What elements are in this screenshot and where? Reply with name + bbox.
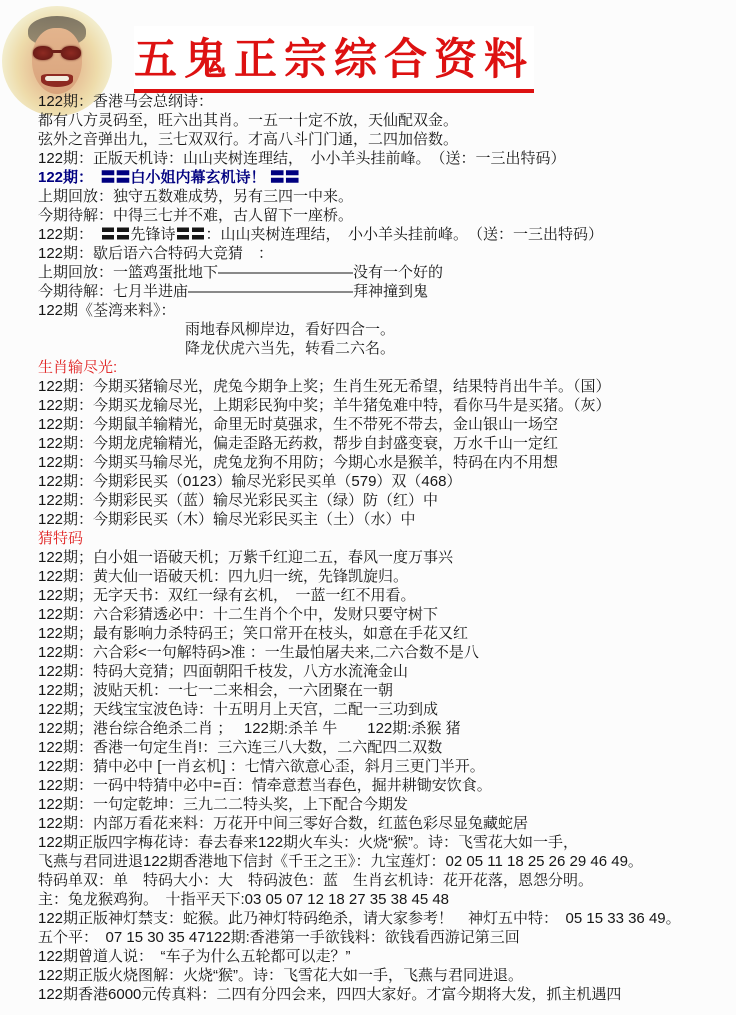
text-line: 122期：一句定乾坤：三九二二特头奖，上下配合今期发: [38, 795, 730, 814]
text-line: 122期：今期鼠羊输精光，命里无时莫强求，生不带死不带去，金山银山一场空: [38, 415, 730, 434]
text-line: 122期；波贴天机：一七一二来相会，一六团聚在一朝: [38, 681, 730, 700]
text-line: 122期：今期彩民买（0123）输尽光彩民买单（579）双（468）: [38, 472, 730, 491]
text-line: 主：兔龙猴鸡狗。 十指平天下:03 05 07 12 18 27 35 38 4…: [38, 890, 730, 909]
text-line: 122期：今期彩民买（木）输尽光彩民买主（土）（水）中: [38, 510, 730, 529]
text-line: 122期：六合彩猜透必中：十二生肖个个中，发财只要守树下: [38, 605, 730, 624]
text-line: 122期；天线宝宝波色诗：十五明月上天宫，二配一三功到成: [38, 700, 730, 719]
text-line: 今期待解：中得三七并不难，古人留下一座桥。: [38, 206, 730, 225]
text-line: 雨地春风柳岸边，看好四合一。: [38, 320, 730, 339]
page-title[interactable]: 五鬼正宗综合资料: [134, 26, 534, 93]
text-line: 上期回放：独守五数难成势，另有三四一中来。: [38, 187, 730, 206]
text-line: 猜特码: [38, 529, 730, 548]
text-line: 122期：猜中必中 [一肖玄机] ：七情六欲意心歪，斜月三更门半开。: [38, 757, 730, 776]
text-line: 弦外之音弹出九，三七双双行。才高八斗门门通，二四加倍数。: [38, 130, 730, 149]
text-line: 122期：六合彩<一句解特码>准 ：一生最怕屠夫来,二六合数不是八: [38, 643, 730, 662]
text-line: 122期： 〓〓白小姐内幕玄机诗！ 〓〓: [38, 168, 730, 187]
text-line: 122期正版四字梅花诗：春去春来122期火车头：火烧“猴”。诗：飞雪花大如一手，: [38, 833, 730, 852]
text-line: 122期：黄大仙一语破天机：四九归一统，先锋凯旋归。: [38, 567, 730, 586]
text-line: 122期；白小姐一语破天机；万紫千红迎二五，春风一度万事兴: [38, 548, 730, 567]
sunglasses-left-lens: [33, 46, 53, 60]
text-line: 122期：香港一句定生肖!：三六连三八大数，二六配四二双数: [38, 738, 730, 757]
text-line: 122期：内部万看花来料：万花开中间三零好合数，红蓝色彩尽显兔藏蛇居: [38, 814, 730, 833]
text-line: 122期：今期买龙输尽光，上期彩民狗中奖；羊牛猪兔难中特，看你马牛是买猪。（灰）: [38, 396, 730, 415]
text-line: 122期：歇后语六合特码大竞猜 ：: [38, 244, 730, 263]
avatar-teeth: [45, 76, 69, 81]
sunglasses-icon: [33, 46, 81, 62]
text-line: 122期曾道人说： “车子为什么五轮都可以走？”: [38, 947, 730, 966]
text-line: 122期正版神灯禁支：蛇猴。此乃神灯特码绝杀，请大家参考！ 神灯五中特： 05 …: [38, 909, 730, 928]
text-line: 122期：今期买猪输尽光，虎兔今期争上奖；生肖生死无希望，结果特肖出牛羊。（国）: [38, 377, 730, 396]
text-line: 122期：今期买马输尽光，虎兔龙狗不用防；今期心水是猴羊，特码在内不用想: [38, 453, 730, 472]
text-line: 122期《荃湾来料》：: [38, 301, 730, 320]
avatar-smile: [41, 74, 73, 87]
content: 122期：香港马会总纲诗：都有八方灵码至，旺六出其肖。一五一十定不放，天仙配双金…: [38, 92, 730, 1004]
text-line: 122期：香港马会总纲诗：: [38, 92, 730, 111]
sunglasses-right-lens: [61, 46, 81, 60]
text-line: 122期；最有影响力杀特码王；笑口常开在枝头，如意在手花又红: [38, 624, 730, 643]
text-line: 122期；无字天书：双红一绿有玄机， 一蓝一红不用看。: [38, 586, 730, 605]
text-line: 生肖输尽光:: [38, 358, 730, 377]
text-line: 122期香港6000元传真料：二四有分四会来，四四大家好。才富今期将大发，抓主机…: [38, 985, 730, 1004]
text-line: 122期：今期龙虎输精光，偏走歪路无药救，帮步自封盛变衰，万水千山一定红: [38, 434, 730, 453]
text-line: 五个平： 07 15 30 35 47122期:香港第一手欲钱料：欲钱看西游记第…: [38, 928, 730, 947]
text-line: 122期：特码大竞猜；四面朝阳千枝发，八方水流淹金山: [38, 662, 730, 681]
text-line: 122期；港台综合绝杀二肖 ； 122期:杀羊 牛 122期:杀猴 猪: [38, 719, 730, 738]
text-line: 今期待解：七月半进庙———————————拜神撞到鬼: [38, 282, 730, 301]
text-line: 122期： 〓〓先锋诗〓〓：山山夹树连理结， 小小羊头挂前峰。 （送：一三出特码…: [38, 225, 730, 244]
page: 五鬼正宗综合资料 122期：香港马会总纲诗：都有八方灵码至，旺六出其肖。一五一十…: [0, 0, 736, 1015]
text-line: 上期回放：一篮鸡蛋批地下—————————没有一个好的: [38, 263, 730, 282]
text-line: 特码单双：单 特码大小：大 特码波色：蓝 生肖玄机诗：花开花落，恩怨分明。: [38, 871, 730, 890]
text-line: 122期：今期彩民买（蓝）输尽光彩民买主（绿）防（红）中: [38, 491, 730, 510]
text-line: 都有八方灵码至，旺六出其肖。一五一十定不放，天仙配双金。: [38, 111, 730, 130]
text-line: 122期：一码中特猜中必中=百：情牵意惹当春色，掘井耕锄安饮食。: [38, 776, 730, 795]
text-line: 降龙伏虎六当先，转看二六名。: [38, 339, 730, 358]
text-line: 飞燕与君同进退122期香港地下信封《千王之王》：九宝莲灯：02 05 11 18…: [38, 852, 730, 871]
text-line: 122期正版火烧图解：火烧“猴”。诗：飞雪花大如一手，飞燕与君同进退。: [38, 966, 730, 985]
text-line: 122期：正版天机诗：山山夹树连理结， 小小羊头挂前峰。 （送：一三出特码）: [38, 149, 730, 168]
